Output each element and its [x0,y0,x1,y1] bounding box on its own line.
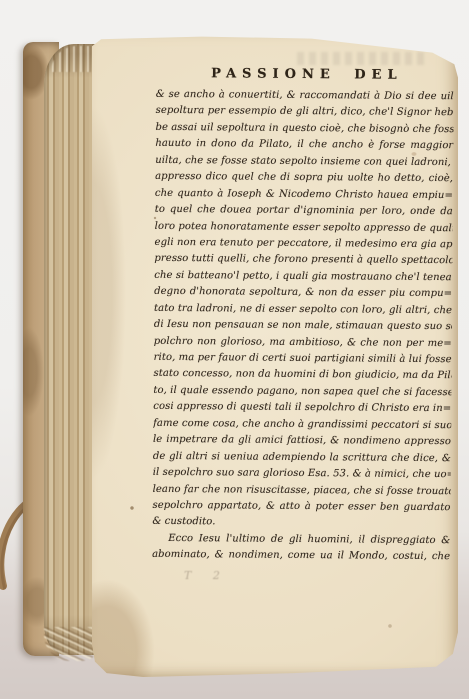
ink-show-through-smudge [297,52,427,65]
text-line: to quel che douea portar d'ignominia per… [155,202,453,221]
text-line: le impetrare da gli amici fattiosi, & no… [153,432,451,451]
text-line: presso tutti quelli, che forono presenti… [154,251,452,270]
book-photograph: PASSIONE DEL & se ancho à conuertiti, & … [0,0,469,699]
text-line: & custodito. [152,514,450,533]
text-line: abominato, & nondimen, come ua il Mondo,… [152,547,450,566]
book-page: PASSIONE DEL & se ancho à conuertiti, & … [92,36,458,677]
text-line: di Iesu non pensauan se non male, stimau… [154,317,452,336]
text-line: appresso dico quel che di sopra piu uolt… [155,169,453,188]
text-line: cosi appresso di questi tali il sepolchr… [153,399,451,418]
show-through-signature-mark: T 2 [184,569,229,582]
text-line: hauuto in dono da Pilato, il che ancho è… [155,136,453,155]
book: PASSIONE DEL & se ancho à conuertiti, & … [0,0,469,699]
text-block: PASSIONE DEL & se ancho à conuertiti, & … [152,65,454,566]
running-header: PASSIONE DEL [160,65,454,85]
text-line: degno d'honorata sepoltura, & non da ess… [154,284,452,303]
text-line: il sepolchro suo sara glorioso Esa. 53. … [153,465,451,484]
